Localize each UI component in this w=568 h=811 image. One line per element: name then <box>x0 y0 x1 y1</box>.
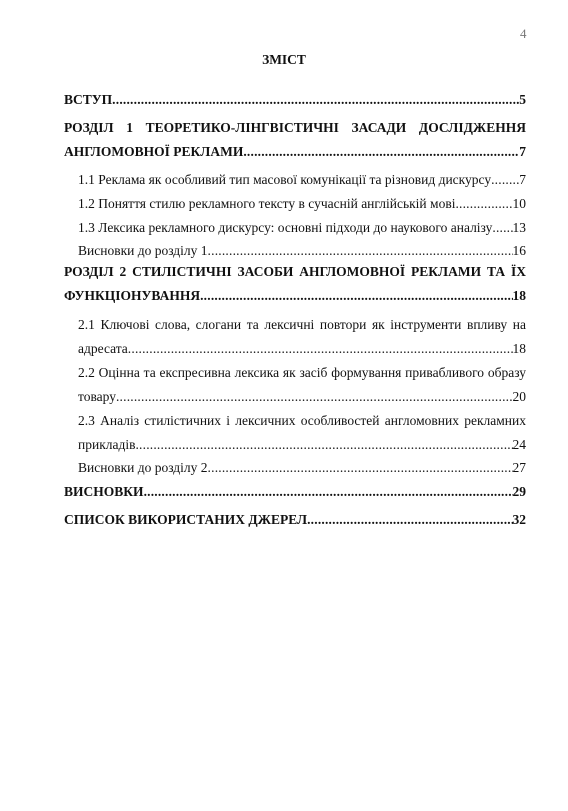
toc-page-number: 18 <box>513 341 527 357</box>
toc-page-number: 32 <box>513 512 527 528</box>
toc-entry-conclusions-1[interactable]: Висновки до розділу 1 16 <box>78 243 526 259</box>
toc-entry-2-1-line1[interactable]: 2.1 Ключові слова, слогани та лексичні п… <box>78 317 526 333</box>
dot-leader <box>491 172 519 188</box>
toc-entry-chapter1-line1[interactable]: РОЗДІЛ 1 ТЕОРЕТИКО-ЛІНГВІСТИЧНІ ЗАСАДИ Д… <box>64 120 526 136</box>
toc-entry-chapter2-line1[interactable]: РОЗДІЛ 2 СТИЛІСТИЧНІ ЗАСОБИ АНГЛОМОВНОЇ … <box>64 264 526 280</box>
toc-page-number: 7 <box>519 172 526 188</box>
toc-page-number: 18 <box>513 288 527 304</box>
toc-page-number: 5 <box>519 92 526 108</box>
dot-leader <box>116 389 513 405</box>
toc-page-number: 29 <box>513 484 527 500</box>
page-title: ЗМІСТ <box>0 52 568 68</box>
toc-entry-2-2-line2[interactable]: товару 20 <box>78 389 526 405</box>
toc-page-number: 10 <box>513 196 527 212</box>
toc-entry-1-3[interactable]: 1.3 Лексика рекламного дискурсу: основні… <box>78 220 526 236</box>
toc-entry-conclusions[interactable]: ВИСНОВКИ 29 <box>64 484 526 500</box>
toc-entry-2-3-line2[interactable]: прикладів 24 <box>78 437 526 453</box>
toc-page-number: 27 <box>513 460 527 476</box>
dot-leader <box>492 220 512 236</box>
dot-leader <box>455 196 512 212</box>
dot-leader <box>307 512 512 528</box>
dot-leader <box>243 144 519 160</box>
toc-entry-references[interactable]: СПИСОК ВИКОРИСТАНИХ ДЖЕРЕЛ 32 <box>64 512 526 528</box>
dot-leader <box>135 437 512 453</box>
dot-leader <box>128 341 513 357</box>
page-number: 4 <box>520 26 527 42</box>
toc-entry-2-2-line1[interactable]: 2.2 Оцінна та експресивна лексика як зас… <box>78 365 526 381</box>
dot-leader <box>208 460 513 476</box>
toc-entry-2-1-line2[interactable]: адресата 18 <box>78 341 526 357</box>
dot-leader <box>144 484 513 500</box>
toc-page-number: 20 <box>513 389 527 405</box>
toc-entry-1-1[interactable]: 1.1 Реклама як особливий тип масової ком… <box>78 172 526 188</box>
dot-leader <box>208 243 513 259</box>
toc-entry-1-2[interactable]: 1.2 Поняття стилю рекламного тексту в су… <box>78 196 526 212</box>
dot-leader <box>200 288 512 304</box>
toc-entry-2-3-line1[interactable]: 2.3 Аналіз стилістичних і лексичних особ… <box>78 413 526 429</box>
toc-page-number: 7 <box>519 144 526 160</box>
toc-entry-chapter2-line2[interactable]: ФУНКЦІОНУВАННЯ 18 <box>64 288 526 304</box>
toc-page-number: 24 <box>513 437 527 453</box>
toc-entry-chapter1-line2[interactable]: АНГЛОМОВНОЇ РЕКЛАМИ 7 <box>64 144 526 160</box>
toc-page-number: 13 <box>513 220 527 236</box>
dot-leader <box>112 92 519 108</box>
toc-entry-intro[interactable]: ВСТУП 5 <box>64 92 526 108</box>
toc-page-number: 16 <box>513 243 527 259</box>
toc-entry-conclusions-2[interactable]: Висновки до розділу 2 27 <box>78 460 526 476</box>
